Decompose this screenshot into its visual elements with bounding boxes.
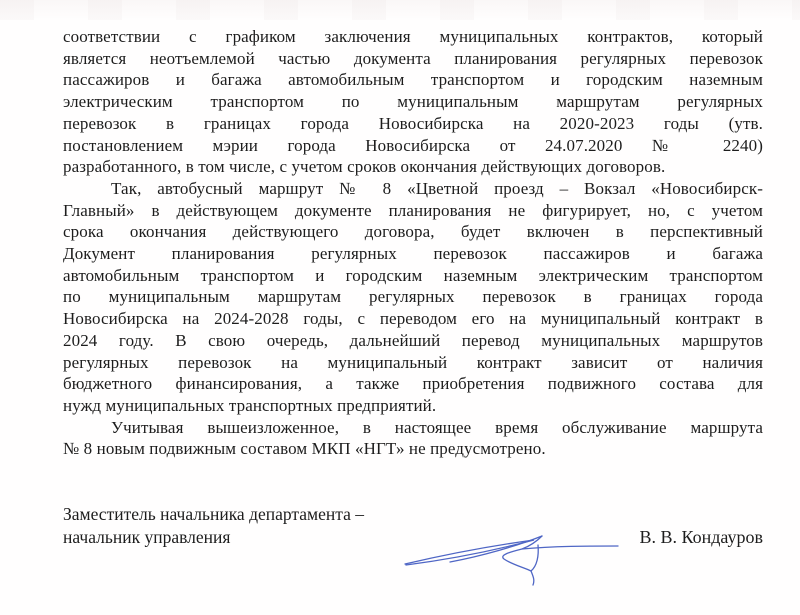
text-line: Документ планирования регулярных перевоз… — [63, 243, 763, 265]
scan-artifact — [0, 0, 800, 20]
text-line: бюджетного финансирования, а также приоб… — [63, 373, 763, 395]
text-line: постановлением мэрии города Новосибирска… — [63, 135, 763, 157]
document-page: соответствии с графиком заключения муниц… — [0, 0, 800, 615]
paragraph: Так, автобусный маршрут № 8 «Цветной про… — [63, 178, 763, 417]
text-line: по муниципальным маршрутам регулярных пе… — [63, 286, 763, 308]
signer-name: В. В. Кондауров — [640, 526, 764, 549]
paragraph: Учитывая вышеизложенное, в настоящее вре… — [63, 417, 763, 460]
text-line: разработанного, в том числе, с учетом ср… — [63, 156, 763, 178]
text-line: пассажиров и багажа автомобильным трансп… — [63, 69, 763, 91]
text-line: Новосибирска на 2024-2028 годы, с перево… — [63, 308, 763, 330]
text-line: регулярных перевозок на муниципальный ко… — [63, 352, 763, 374]
text-line: перевозок в границах города Новосибирска… — [63, 113, 763, 135]
text-line: № 8 новым подвижным составом МКП «НГТ» н… — [63, 438, 763, 460]
signer-title-line1: Заместитель начальника департамента – — [63, 503, 364, 526]
text-line: является неотъемлемой частью документа п… — [63, 48, 763, 70]
text-line: срока окончания действующего договора, б… — [63, 221, 763, 243]
text-line: Так, автобусный маршрут № 8 «Цветной про… — [63, 178, 763, 200]
signer-title: Заместитель начальника департамента – на… — [63, 503, 364, 548]
text-line: 2024 году. В свою очередь, дальнейший пе… — [63, 330, 763, 352]
signature-stroke — [531, 545, 538, 571]
paragraph: соответствии с графиком заключения муниц… — [63, 26, 763, 178]
text-line: электрическим транспортом по муниципальн… — [63, 91, 763, 113]
signer-title-line2: начальник управления — [63, 526, 364, 549]
text-line: Главный» в действующем документе планиро… — [63, 200, 763, 222]
signature-stroke — [503, 549, 534, 585]
text-line: автомобильным транспортом и городским на… — [63, 265, 763, 287]
signature-block: Заместитель начальника департамента – на… — [63, 503, 763, 548]
text-line: соответствии с графиком заключения муниц… — [63, 26, 763, 48]
document-body: соответствии с графиком заключения муниц… — [63, 26, 763, 460]
text-line: Учитывая вышеизложенное, в настоящее вре… — [63, 417, 763, 439]
text-line: нужд муниципальных транспортных предприя… — [63, 395, 763, 417]
